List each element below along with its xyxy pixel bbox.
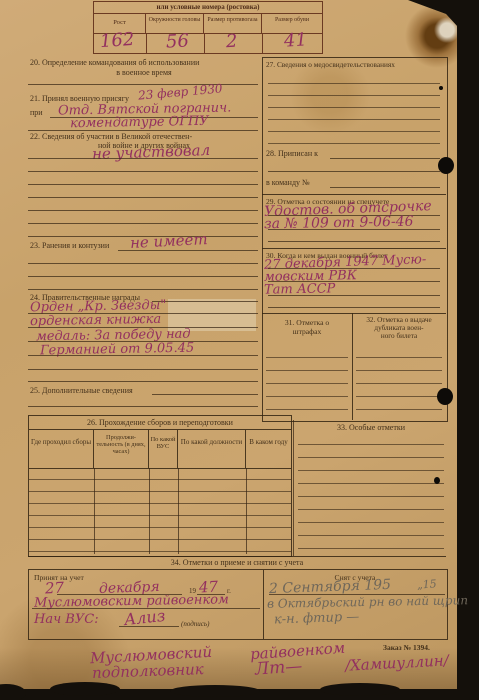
print-order-note: Заказ № 1394. — [383, 643, 430, 652]
section-31-title: 31. Отметка о — [263, 318, 351, 327]
registration-box: Принят на учет 27 декабря 19 47 г. Муслю… — [28, 569, 448, 640]
training-col-position: По какой должности — [178, 430, 246, 468]
medical-empty-lines — [268, 72, 440, 144]
section-31-title2: штрафах — [263, 327, 351, 336]
footer-signature: Лт— — [254, 656, 303, 679]
value-shoe-size: 41 — [283, 29, 307, 52]
torn-edge-notch — [170, 685, 260, 697]
removed-officer-handwritten: к-н. фтир — — [274, 610, 360, 628]
training-col-year: В каком году — [246, 430, 291, 468]
torn-edge-notch — [50, 682, 120, 696]
section-32-title2: дубликата воен- — [353, 324, 445, 332]
section-23-title: 23. Ранения и контузии — [30, 241, 109, 250]
small-hole-mark — [434, 477, 440, 484]
section-27-title: 27. Сведения о медосвидетельствованиях — [266, 60, 444, 69]
military-record-document: или условные номера (ростовка) Рост Окру… — [0, 0, 479, 700]
section-22-title: 22. Сведения об участии в Великой отечес… — [30, 132, 260, 141]
signature-caption: (подпись) — [181, 620, 209, 628]
training-table: 26. Прохождение сборов и переподготовки … — [28, 415, 292, 557]
value-head-circumference: 56 — [165, 30, 189, 52]
measurements-caption: или условные номера (ростовка) — [94, 3, 322, 14]
oath-unit-handwritten-2: комендатуре ОГПУ — [70, 114, 209, 131]
measurements-table: или условные номера (ростовка) Рост Окру… — [93, 1, 323, 54]
section-20-title2: в военное время — [30, 68, 258, 77]
value-height: 162 — [99, 29, 135, 52]
nach-vus-handwritten: Нач ВУС: — [34, 612, 99, 627]
section-33-title: 33. Особые отметки — [296, 423, 446, 432]
duplicate-empty-lines — [356, 345, 442, 415]
removed-org-handwritten: в Октябрьский рн во най щрип — [267, 593, 468, 611]
punch-hole-top — [438, 157, 454, 174]
training-table-empty-rows — [29, 468, 291, 554]
section-28-label1: 28. Приписан к — [266, 149, 318, 158]
section-25-title: 25. Дополнительные сведения — [30, 386, 133, 395]
section-32-title: 32. Отметка о выдаче — [353, 316, 445, 324]
special-marks-empty-lines — [298, 432, 444, 554]
fines-empty-lines — [266, 345, 348, 415]
training-col-where: Где проходил сборы — [29, 430, 94, 468]
section-32-title3: ного билета — [353, 332, 445, 340]
section-21-prefix: при — [30, 108, 43, 117]
value-gasmask-size: 2 — [225, 31, 238, 53]
training-col-vus: По какой ВУС — [149, 430, 178, 468]
removed-date-note: „15 — [417, 577, 438, 591]
punch-hole-bottom — [437, 388, 453, 405]
small-speck — [439, 86, 443, 90]
section-28-label2: в команду № — [266, 178, 310, 187]
section-34-title: 34. Отметки о приеме и снятии с учета — [28, 558, 446, 567]
training-table-title: 26. Прохождение сборов и переподготовки — [29, 418, 291, 430]
training-col-duration: Продолжи- тельность (в днях, часах) — [94, 430, 149, 468]
section-20-title: 20. Определение командования об использо… — [30, 58, 258, 67]
torn-edge-notch — [320, 683, 400, 696]
